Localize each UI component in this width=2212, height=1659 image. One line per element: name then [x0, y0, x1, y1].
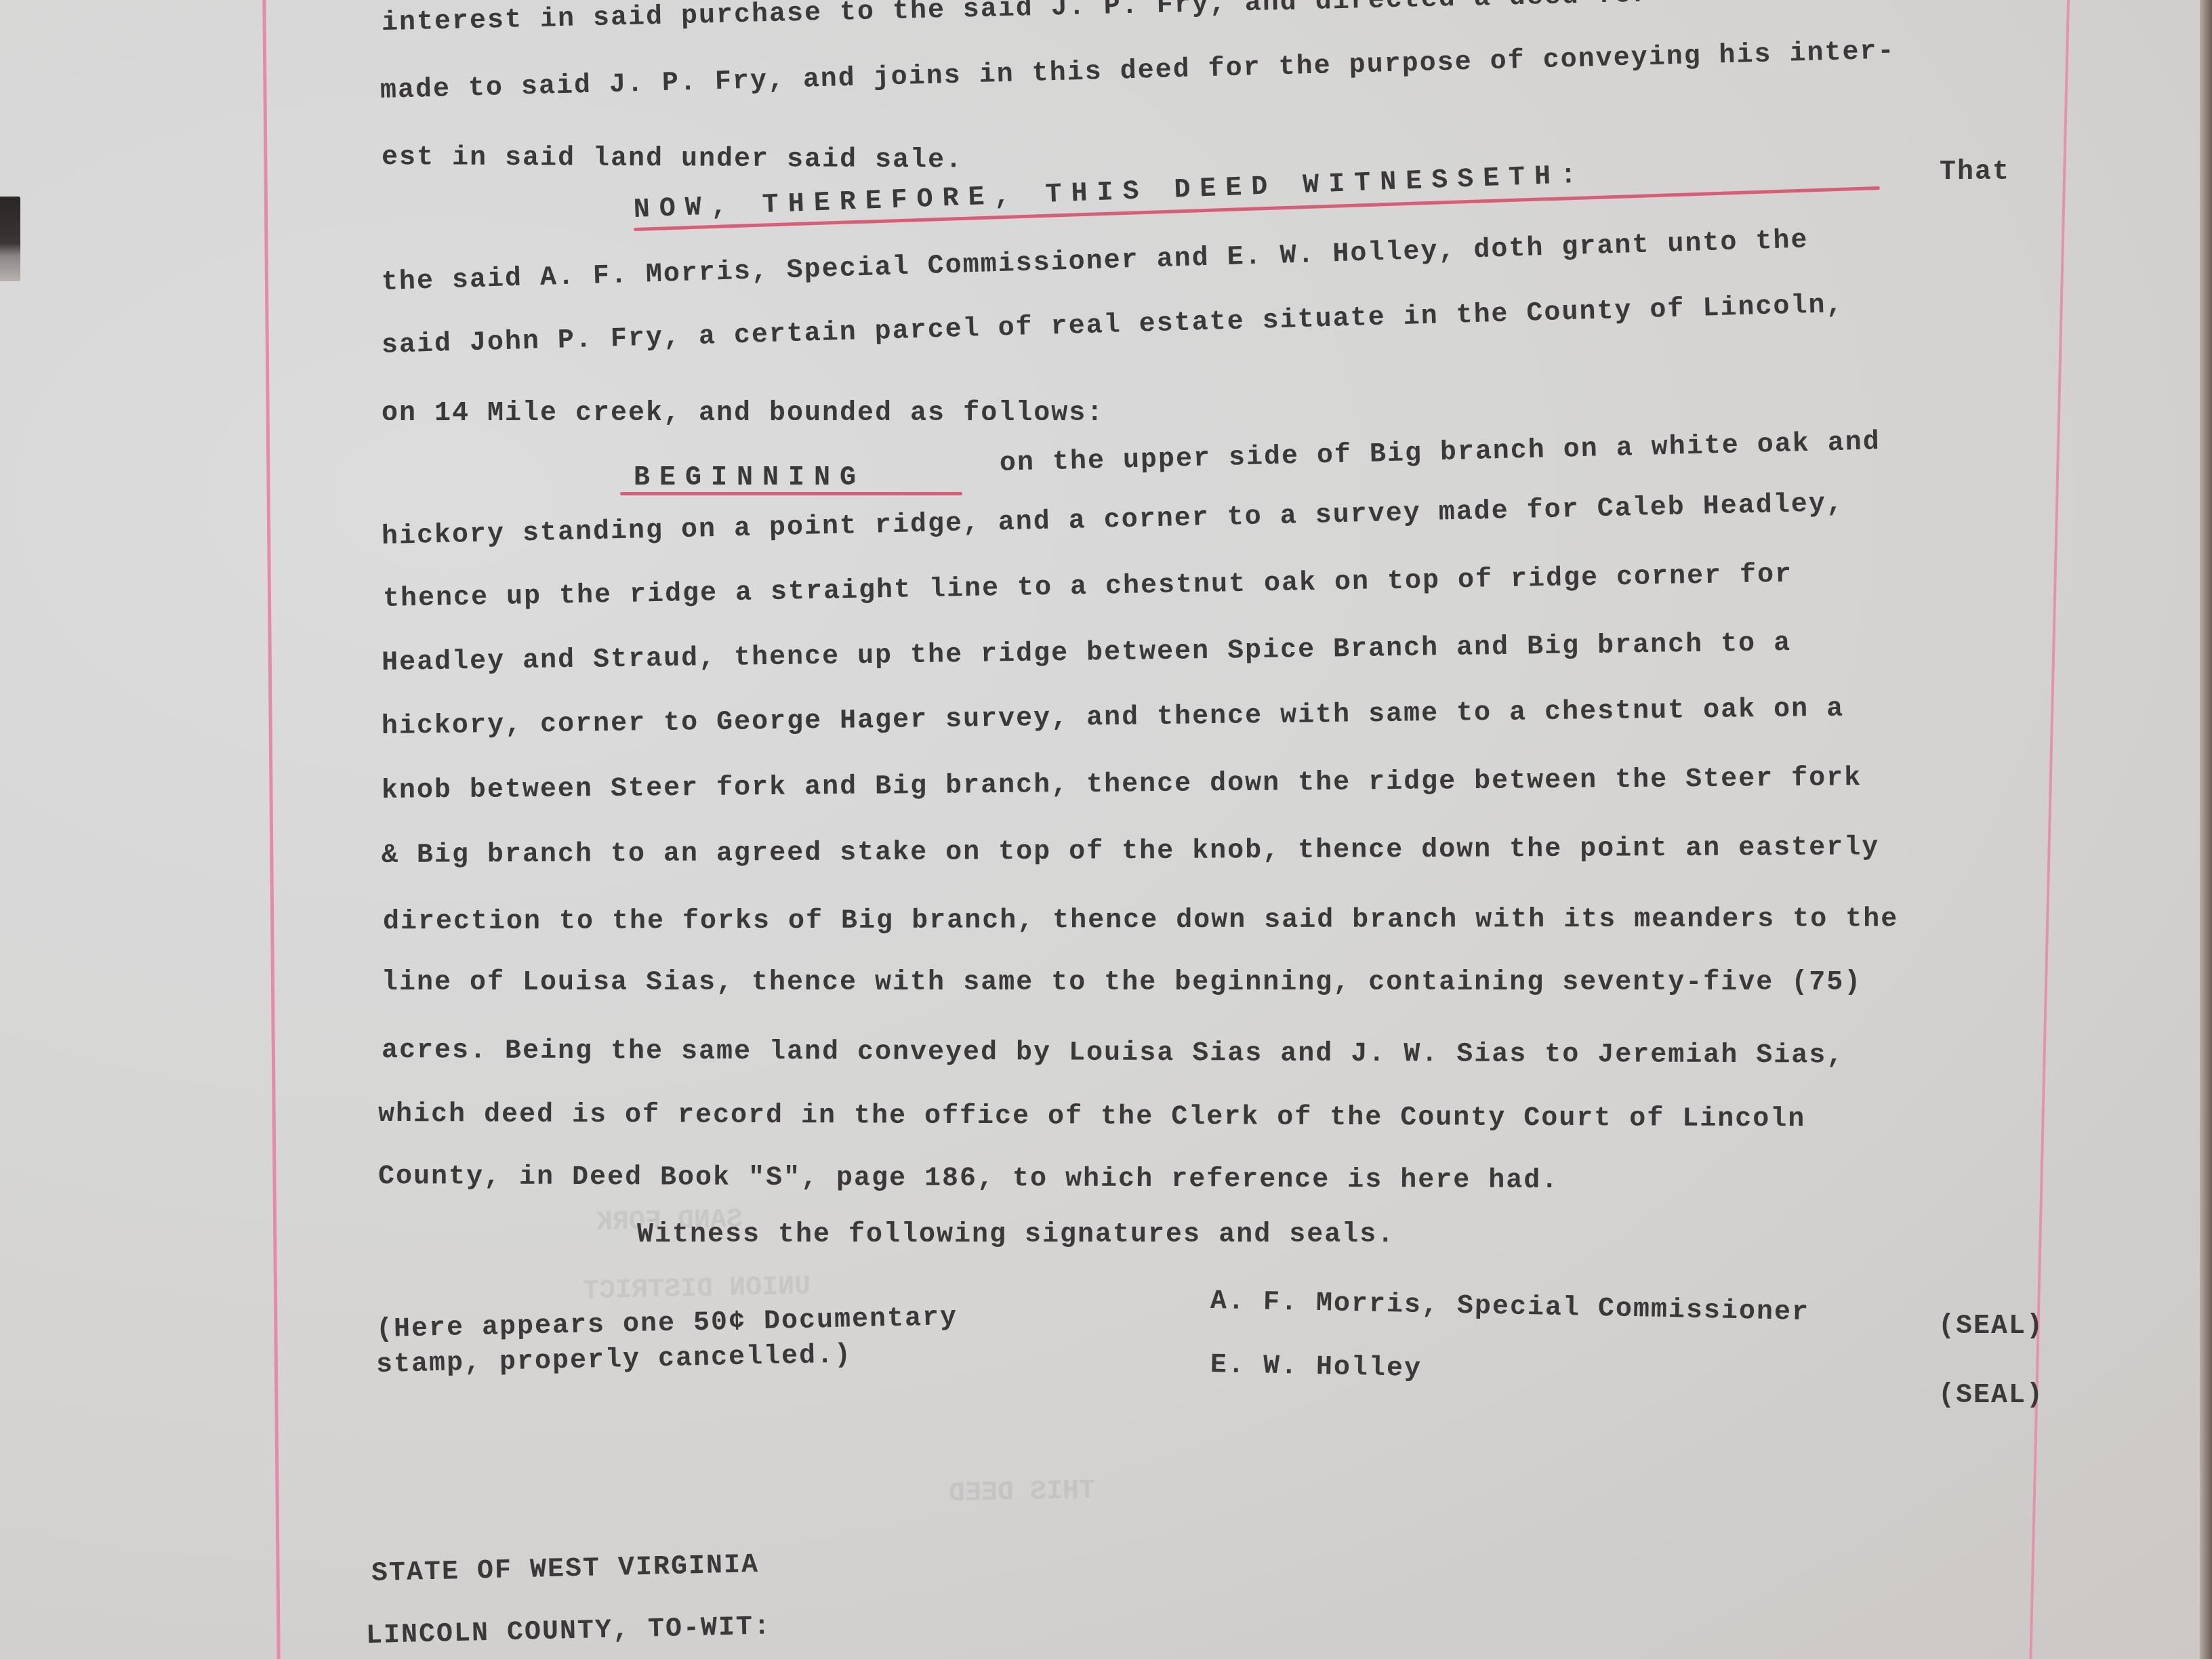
deed-line: made to said J. P. Fry, and joins in thi…: [380, 36, 1896, 106]
deed-line: hickory, corner to George Hager survey, …: [382, 694, 1845, 742]
deed-line: & Big branch to an agreed stake on top o…: [382, 832, 1880, 871]
deed-line: hickory standing on a point ridge, and a…: [381, 489, 1844, 552]
signature-seal: (SEAL): [1938, 1311, 2044, 1342]
deed-line: County, in Deed Book "S", page 186, to w…: [378, 1162, 1559, 1196]
deed-line: thence up the ridge a straight line to a…: [383, 560, 1793, 615]
deed-line: said John P. Fry, a certain parcel of re…: [381, 290, 1844, 361]
deed-line: acres. Being the same land conveyed by L…: [382, 1036, 1844, 1071]
witness-line: Witness the following signatures and sea…: [637, 1220, 1395, 1250]
document-photo: SAND FORK UNION DISTRICT THIS DEED inter…: [0, 0, 2212, 1659]
stamp-note-line: stamp, properly cancelled.): [376, 1340, 853, 1380]
acknowledgment-state: STATE OF WEST VIRGINIA: [371, 1550, 759, 1589]
deed-line: line of Louisa Sias, thence with same to…: [382, 968, 1862, 998]
beginning-heading: BEGINNING: [634, 463, 865, 493]
deed-line: on 14 Mile creek, and bounded as follows…: [382, 398, 1104, 429]
signature-name: A. F. Morris, Special Commissioner: [1210, 1286, 1810, 1328]
deed-line: direction to the forks of Big branch, th…: [383, 904, 1898, 937]
stamp-note-line: (Here appears one 50¢ Documentary: [376, 1303, 958, 1345]
signature-name: E. W. Holley: [1210, 1350, 1422, 1385]
red-pencil-underline: [620, 492, 962, 495]
deed-line: Headley and Straud, thence up the ridge …: [382, 628, 1792, 678]
beginning-tail: on the upper side of Big branch on a whi…: [999, 427, 1881, 479]
deed-line: est in said land under said sale.: [382, 142, 963, 176]
witnesseth-tail: That: [1940, 157, 2010, 188]
acknowledgment-county: LINCOLN COUNTY, TO-WIT:: [365, 1612, 771, 1652]
deed-line: knob between Steer fork and Big branch, …: [382, 763, 1862, 806]
deed-line: interest in said purchase to the said J.…: [381, 0, 1650, 39]
deed-page: interest in said purchase to the said J.…: [0, 0, 2212, 1659]
deed-line: the said A. F. Morris, Special Commissio…: [381, 226, 1809, 298]
signature-seal: (SEAL): [1938, 1380, 2044, 1411]
deed-line: which deed is of record in the office of…: [378, 1099, 1805, 1134]
